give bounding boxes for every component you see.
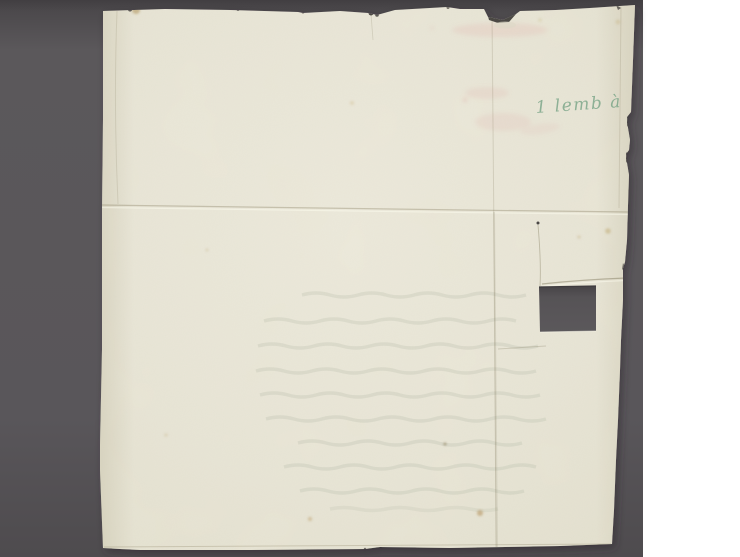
- photo-of-letter: 1 lemb à: [0, 0, 740, 557]
- letter-sheet: 1 lemb à: [100, 5, 640, 557]
- white-margin: [643, 0, 740, 557]
- screenshot-root: 1 lemb à: [0, 0, 740, 557]
- pinhole: [537, 222, 540, 225]
- cutout-hole: [539, 286, 596, 332]
- paper-grain-texture: [100, 5, 640, 557]
